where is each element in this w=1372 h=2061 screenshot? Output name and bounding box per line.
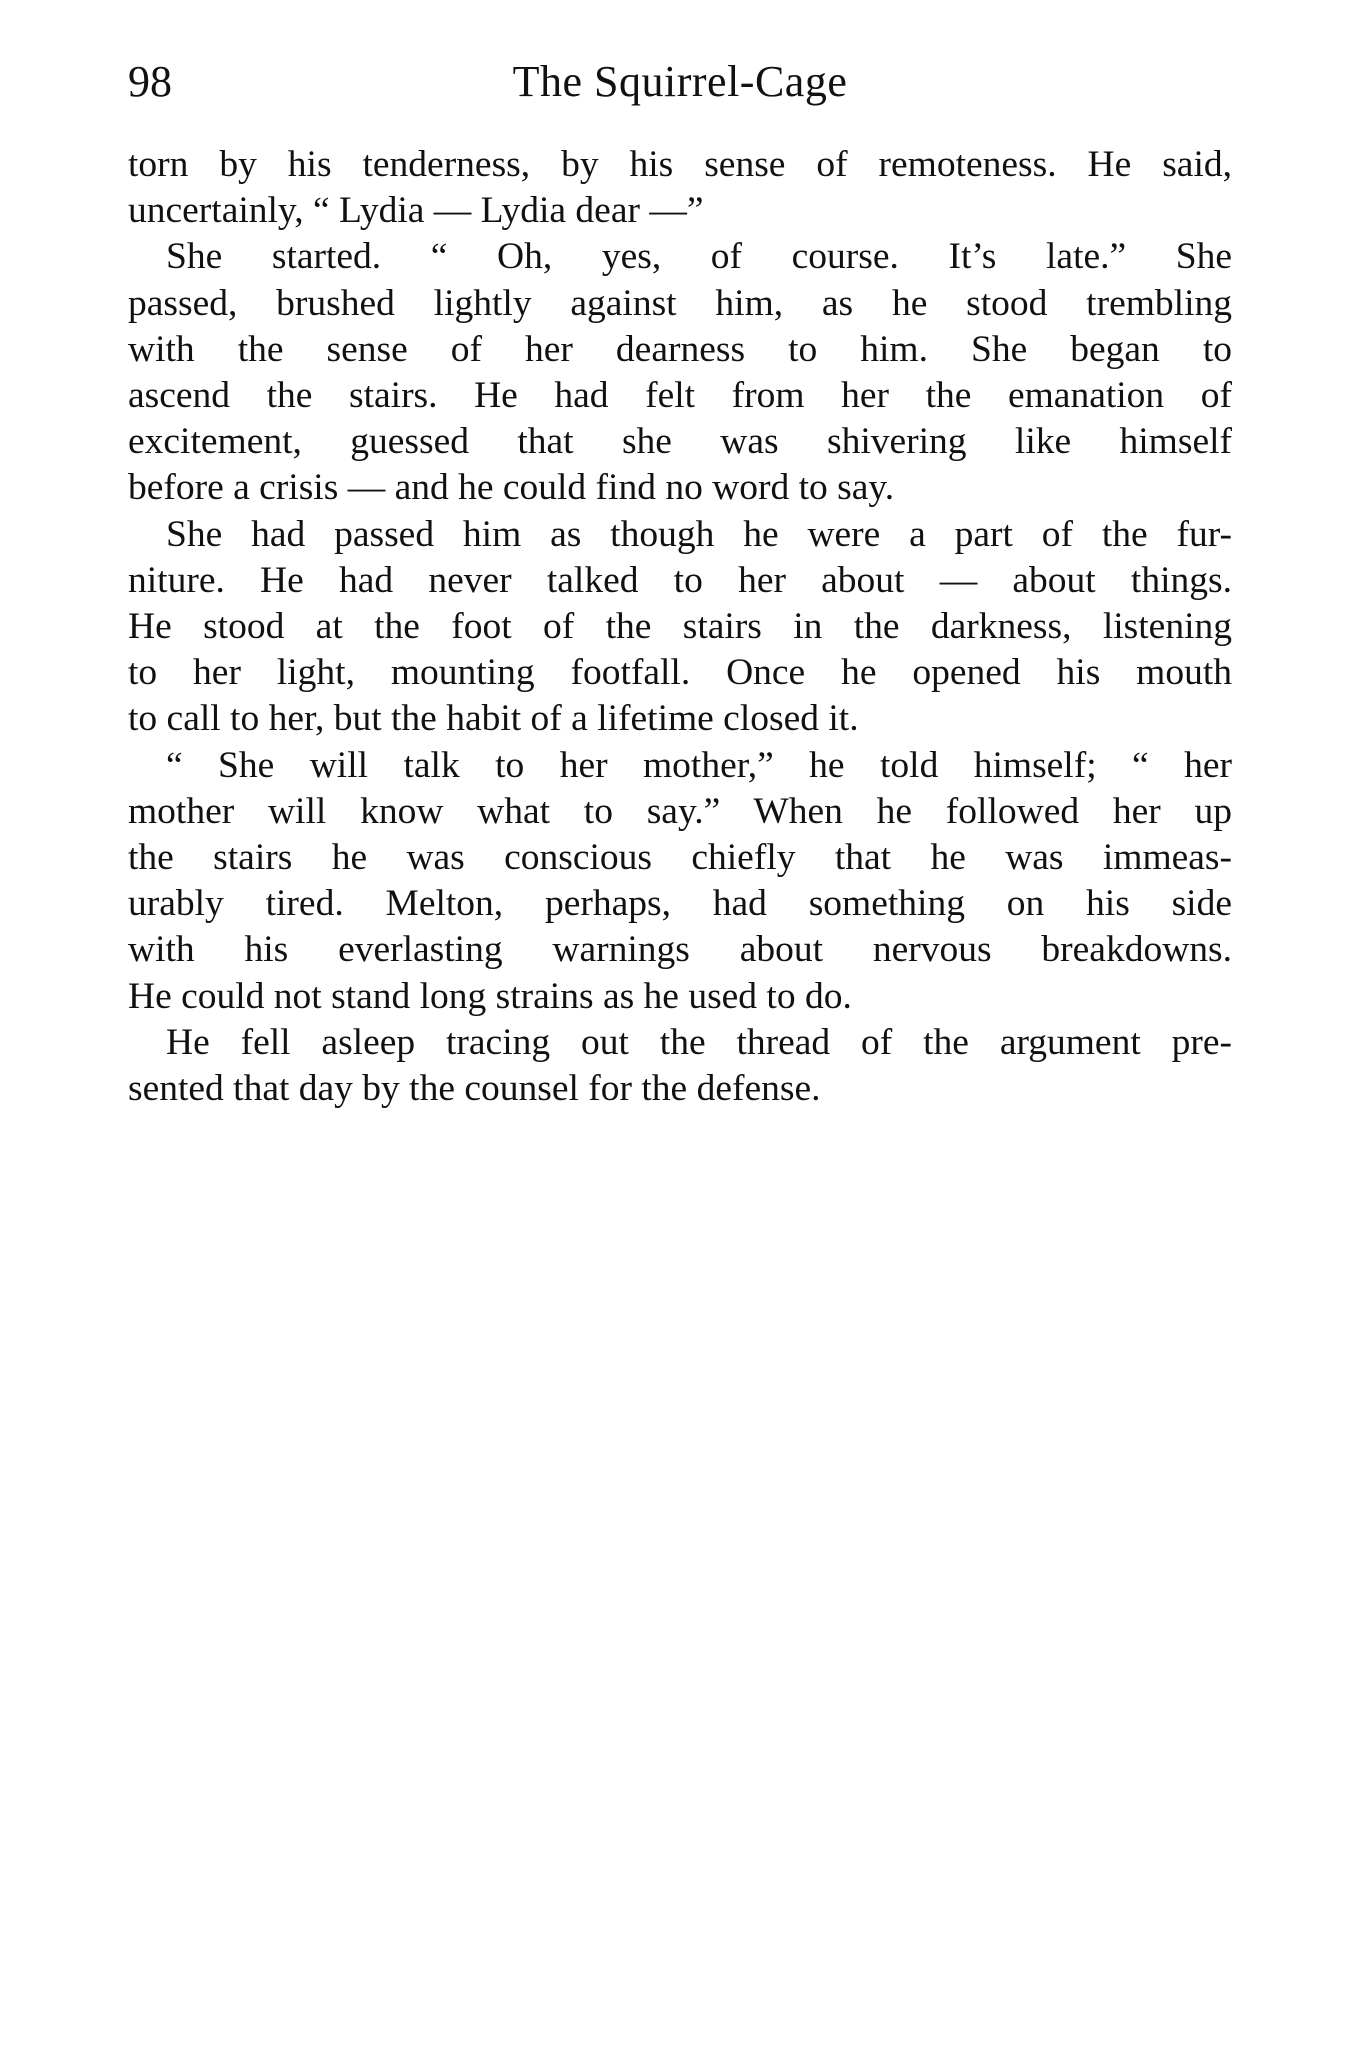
text-line: sented that day by the counsel for the d… [128, 1066, 1232, 1112]
text-line: before a crisis — and he could find no w… [128, 465, 1232, 511]
text-line: He could not stand long strains as he us… [128, 974, 1232, 1020]
text-line: torn by his tenderness, by his sense of … [128, 142, 1232, 188]
text-line: to call to her, but the habit of a lifet… [128, 696, 1232, 742]
text-line: the stairs he was conscious chiefly that… [128, 835, 1232, 881]
text-line: mother will know what to say.” When he f… [128, 789, 1232, 835]
text-line: ascend the stairs. He had felt from her … [128, 373, 1232, 419]
text-line: She started. “ Oh, yes, of course. It’s … [128, 234, 1232, 280]
text-line: with his everlasting warnings about nerv… [128, 927, 1232, 973]
text-line: uncertainly, “ Lydia — Lydia dear —” [128, 188, 1232, 234]
running-title: The Squirrel-Cage [128, 52, 1232, 112]
text-line: with the sense of her dearness to him. S… [128, 327, 1232, 373]
body-text: torn by his tenderness, by his sense of … [128, 142, 1232, 1112]
text-line: “ She will talk to her mother,” he told … [128, 743, 1232, 789]
text-line: niture. He had never talked to her about… [128, 558, 1232, 604]
text-line: passed, brushed lightly against him, as … [128, 281, 1232, 327]
page-header: 98 The Squirrel-Cage [128, 52, 1232, 112]
text-line: urably tired. Melton, perhaps, had somet… [128, 881, 1232, 927]
text-line: She had passed him as though he were a p… [128, 512, 1232, 558]
text-line: He stood at the foot of the stairs in th… [128, 604, 1232, 650]
text-line: to her light, mounting footfall. Once he… [128, 650, 1232, 696]
text-line: excitement, guessed that she was shiveri… [128, 419, 1232, 465]
text-line: He fell asleep tracing out the thread of… [128, 1020, 1232, 1066]
